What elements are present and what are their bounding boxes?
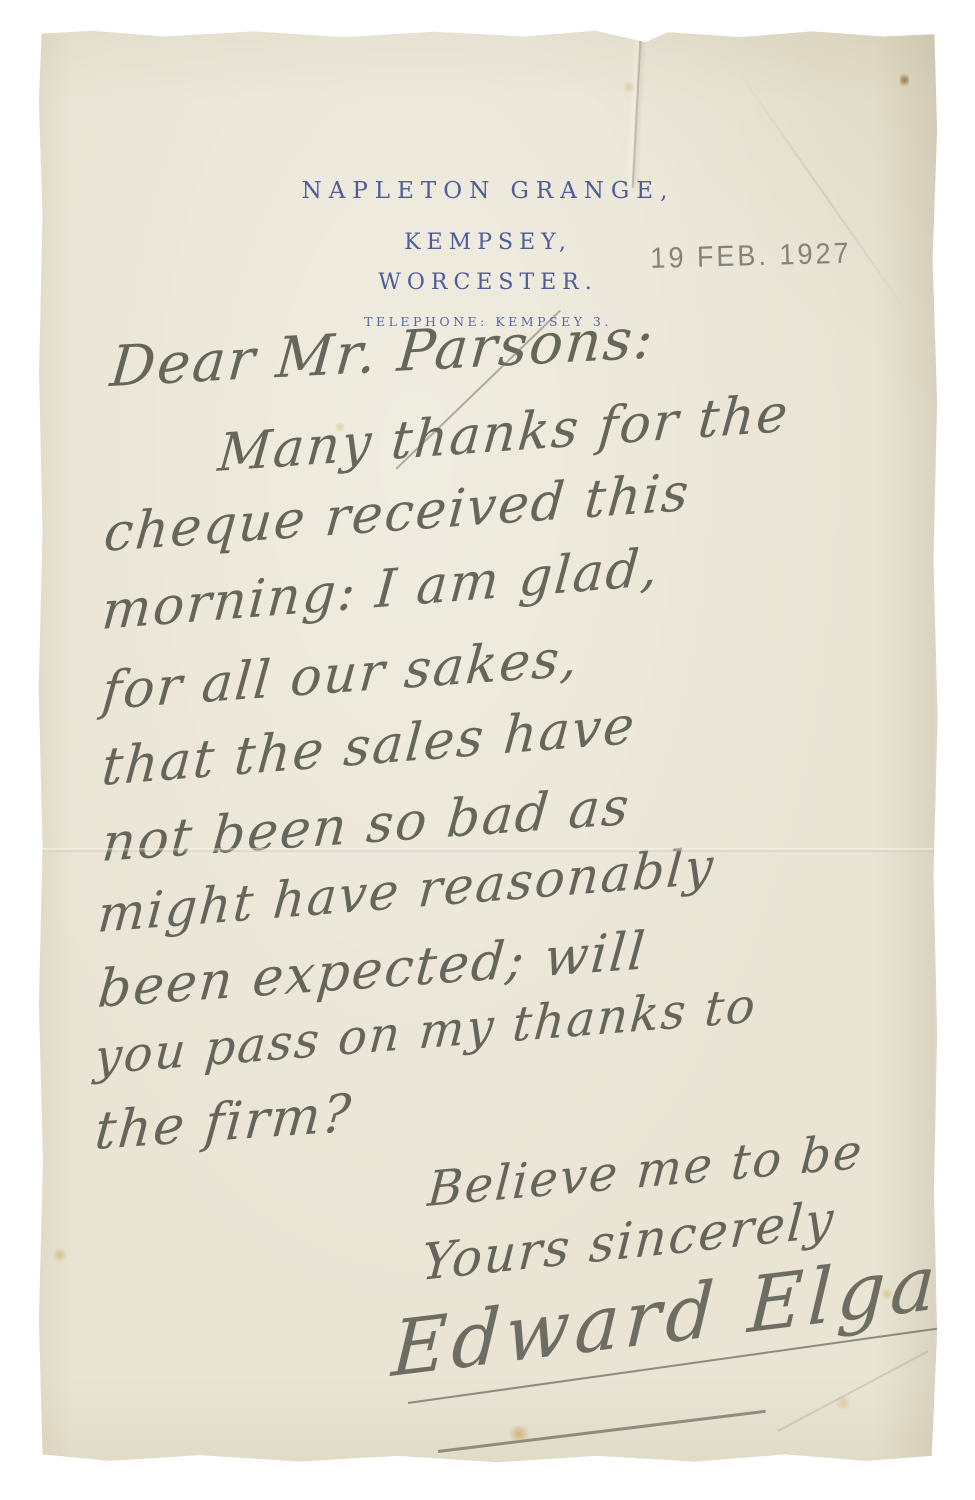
letterhead-address-line3: WORCESTER. — [38, 270, 938, 295]
letter-paper: NAPLETON GRANGE, KEMPSEY, WORCESTER. TEL… — [38, 30, 938, 1463]
tear-mark — [632, 30, 642, 188]
fold-crease — [38, 848, 938, 852]
signature-underline — [438, 1410, 766, 1453]
foxing-spot — [52, 1248, 68, 1262]
date-stamp: 19 FEB. 1927 — [650, 237, 852, 276]
foxing-spot — [834, 1396, 852, 1410]
foxing-spot — [622, 82, 636, 92]
foxing-spot — [334, 422, 346, 432]
foxing-spot — [900, 72, 909, 88]
body-line-10: the firm? — [93, 1088, 355, 1158]
corner-crease-bottom-right — [778, 1350, 929, 1432]
letterhead-address-line1: NAPLETON GRANGE, — [38, 178, 938, 204]
body-line-1: Many thanks for the — [216, 388, 792, 480]
foxing-spot — [880, 1288, 894, 1300]
photo-background: NAPLETON GRANGE, KEMPSEY, WORCESTER. TEL… — [0, 0, 975, 1500]
foxing-spot — [506, 1426, 532, 1442]
